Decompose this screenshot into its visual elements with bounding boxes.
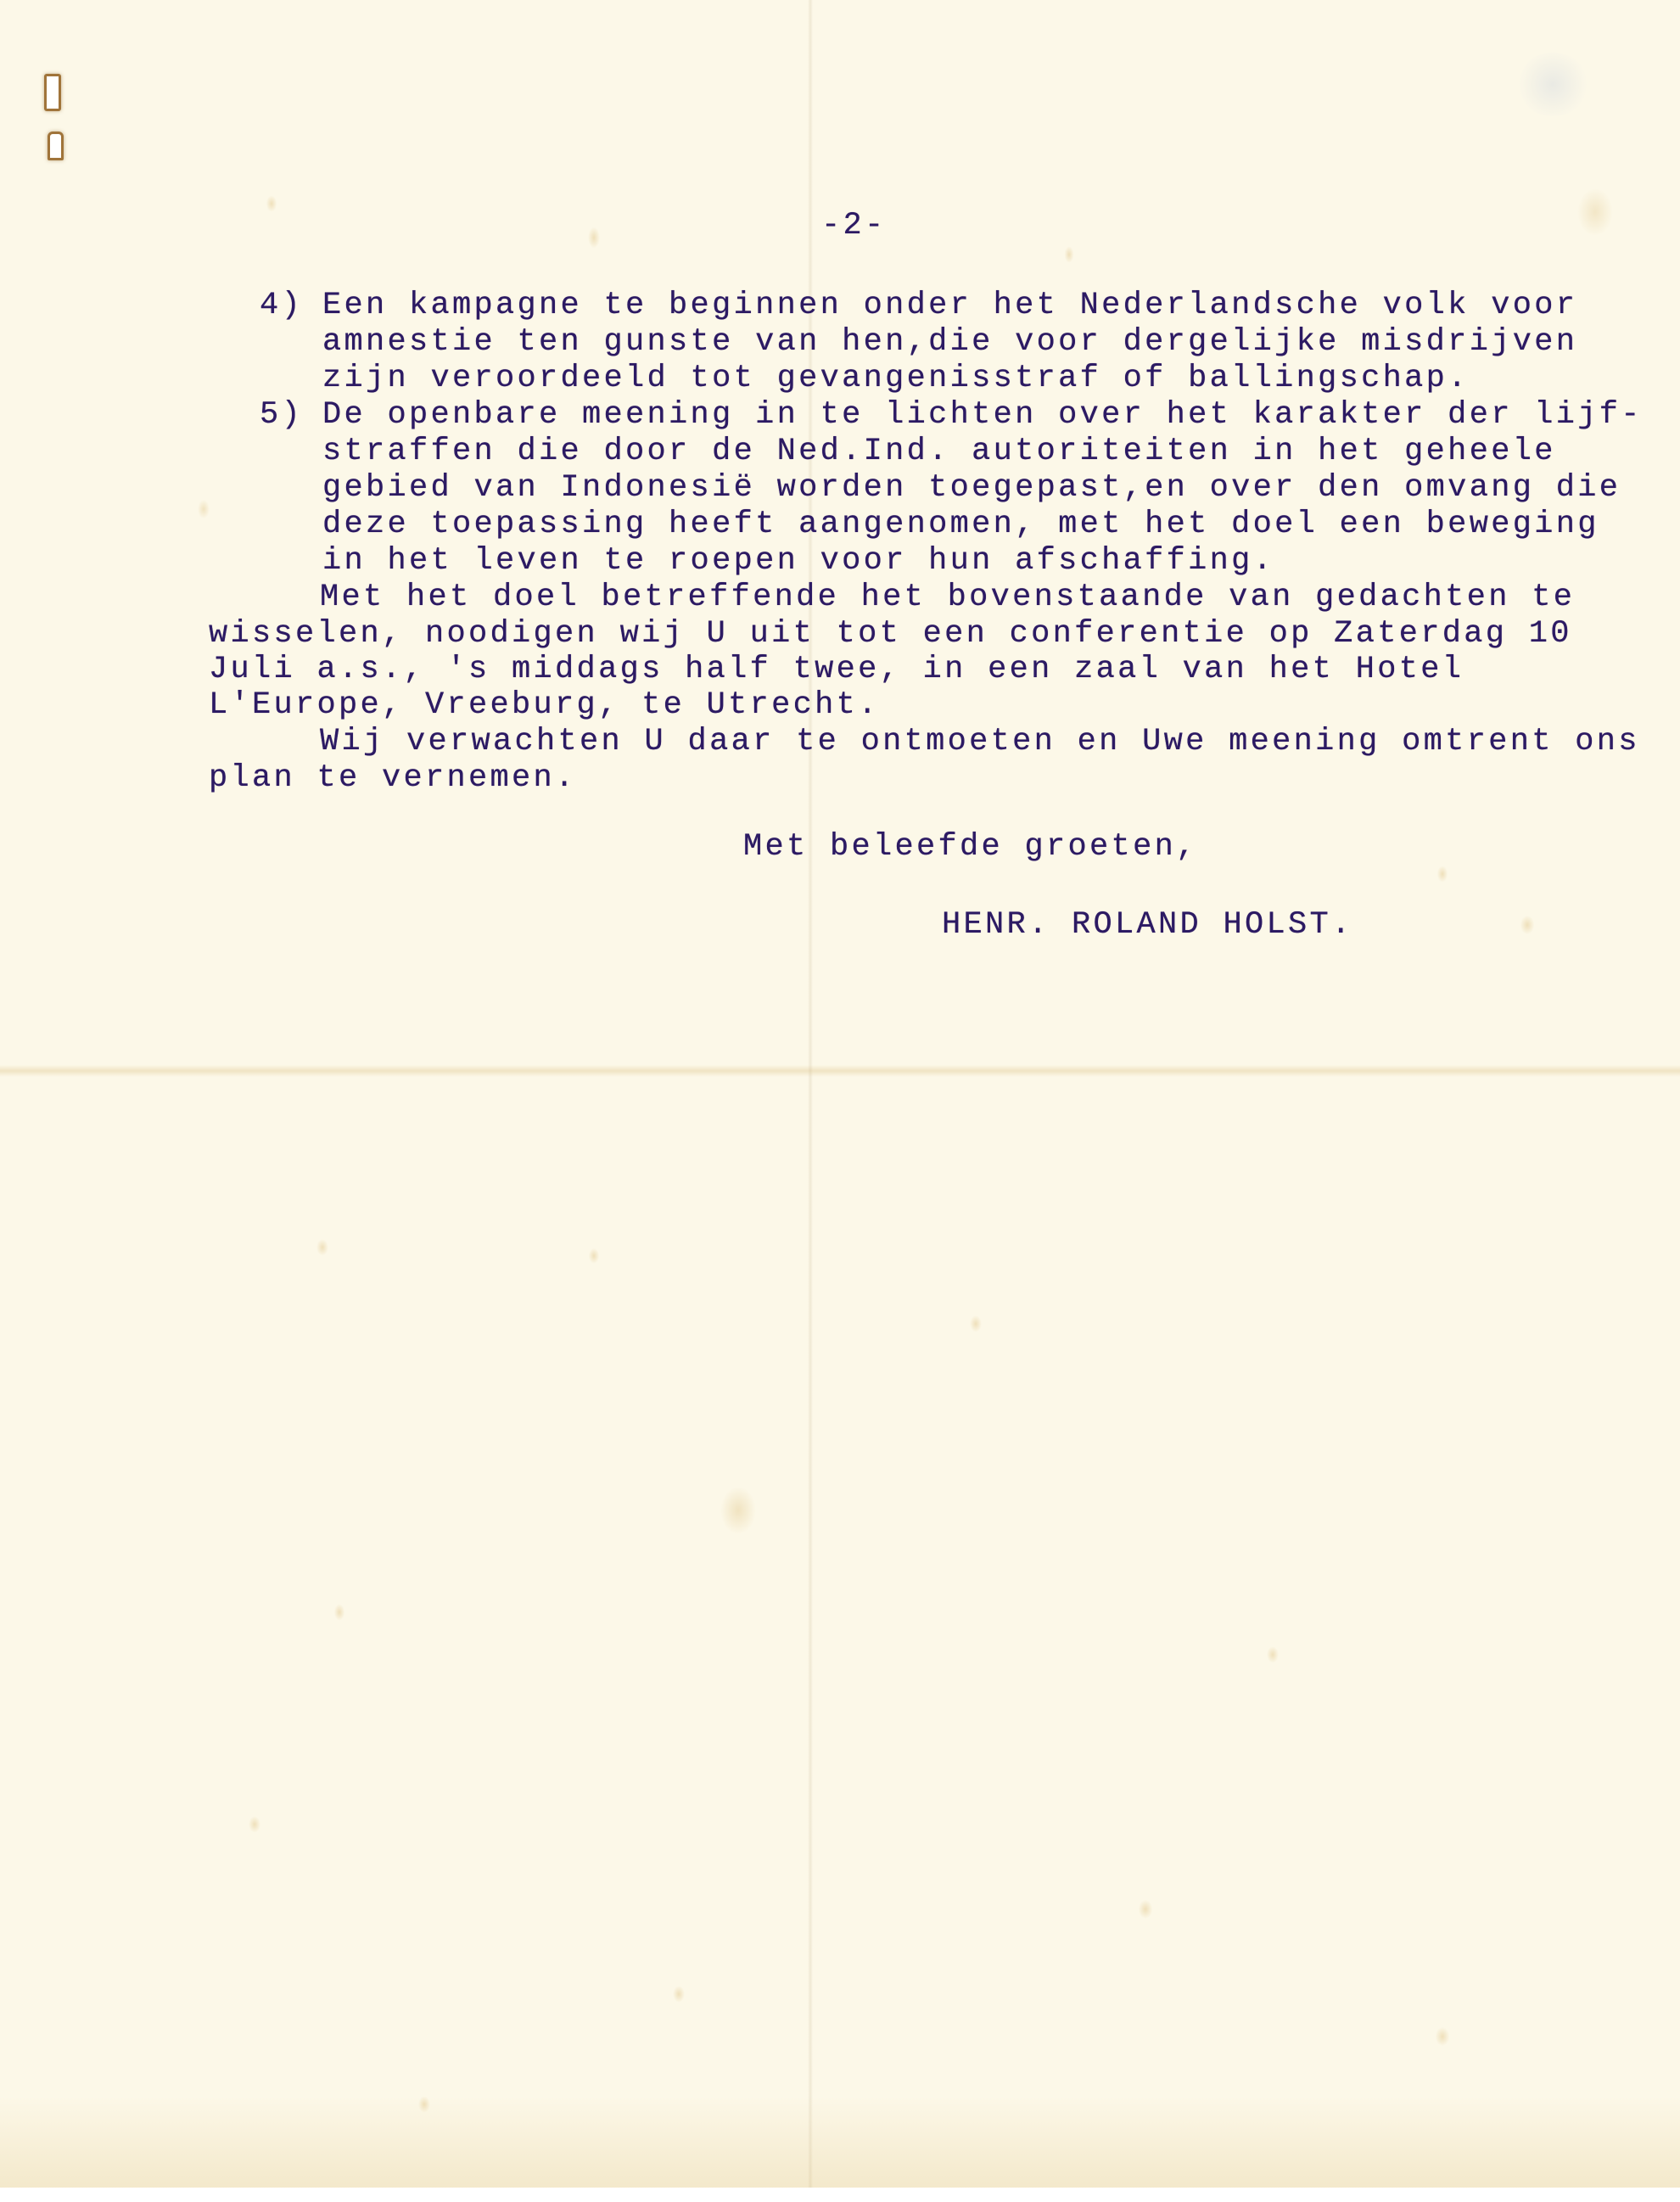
bottom-edge-stain (0, 2096, 1680, 2188)
item-4-line-1: Een kampagne te beginnen onder het Neder… (322, 290, 1577, 322)
item-5-line-4: deze toepassing heeft aangenomen, met he… (322, 509, 1599, 541)
paragraph-1-line-3: Juli a.s., 's middags half twee, in een … (209, 654, 1464, 686)
punch-hole-icon (48, 132, 64, 160)
page-number: -2- (821, 210, 887, 242)
paragraph-2-line-2: plan te vernemen. (209, 763, 577, 794)
item-4-line-2: amnestie ten gunste van hen,die voor der… (322, 327, 1577, 358)
item-5-line-5: in het leven te roepen voor hun afschaff… (322, 546, 1274, 577)
horizontal-fold-line (0, 1065, 1680, 1077)
item-5-line-2: straffen die door de Ned.Ind. autoriteit… (322, 436, 1556, 468)
paragraph-2-line-1: Wij verwachten U daar te ontmoeten en Uw… (320, 726, 1640, 758)
signature: HENR. ROLAND HOLST. (942, 910, 1353, 941)
item-5-line-3: gebied van Indonesië worden toegepast,en… (322, 473, 1621, 504)
paragraph-1-line-4: L'Europe, Vreeburg, te Utrecht. (209, 690, 880, 721)
faded-archive-stamp (1515, 53, 1591, 116)
item-4-line-3: zijn veroordeeld tot gevangenisstraf of … (322, 363, 1470, 395)
paragraph-1-line-1: Met het doel betreffende het bovenstaand… (320, 582, 1575, 614)
closing-salutation: Met beleefde groeten, (743, 832, 1198, 863)
item-number: 5) (260, 400, 303, 431)
punch-hole-icon (44, 74, 61, 111)
paragraph-1-line-2: wisselen, noodigen wij U uit tot een con… (209, 619, 1572, 650)
item-number: 4) (260, 290, 303, 322)
item-5-line-1: De openbare meening in te lichten over h… (322, 400, 1643, 431)
